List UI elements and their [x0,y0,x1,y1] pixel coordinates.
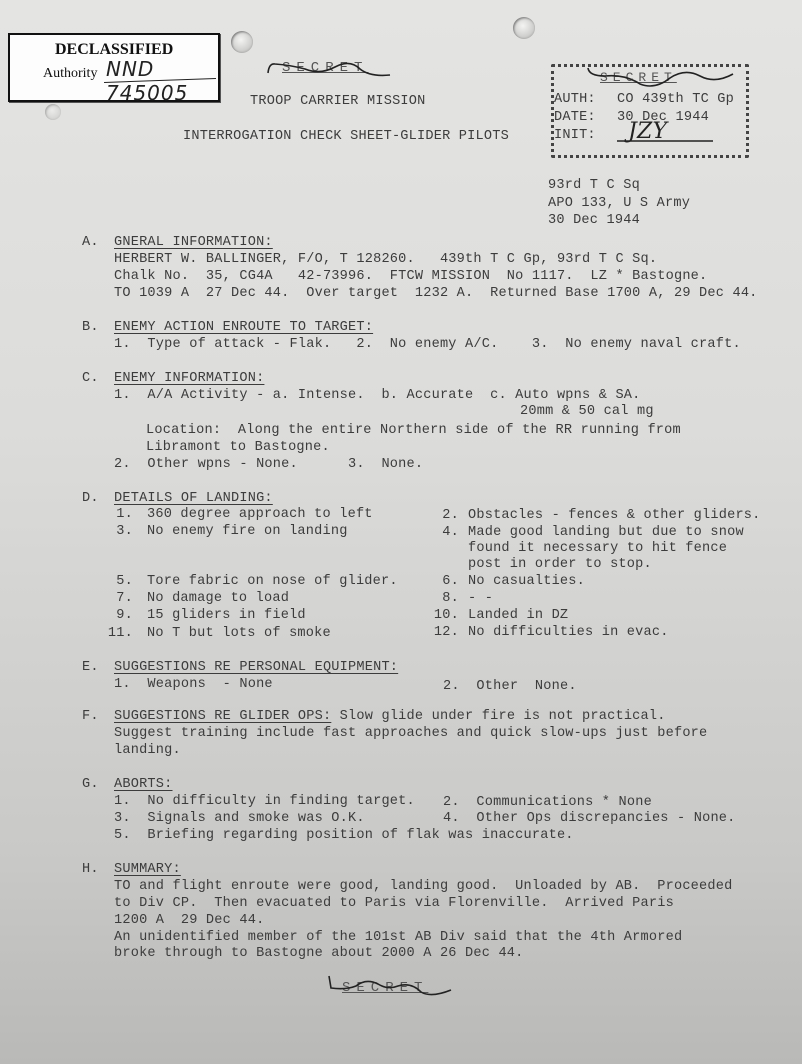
section-f-line-1: SUGGESTIONS RE GLIDER OPS: Slow glide un… [114,709,666,725]
section-h-line-1: TO and flight enroute were good, landing… [114,879,732,895]
landing-detail-text: No enemy fire on landing [147,524,348,540]
section-c-line-1: 1. A/A Activity - a. Intense. b. Accurat… [114,388,641,404]
landing-detail-number: 9. [116,608,133,624]
landing-detail-text: No difficulties in evac. [468,625,669,641]
classification-bottom: SECRET [342,980,428,996]
section-a-line-1: HERBERT W. BALLINGER, F/O, T 128260. 439… [114,252,657,268]
section-c-line-2: 20mm & 50 cal mg [520,404,654,420]
section-g-heading: ABORTS: [114,777,173,793]
landing-detail-number: 1. [116,507,133,523]
section-a-line-3: TO 1039 A 27 Dec 44. Over target 1232 A.… [114,286,758,302]
landing-detail-number: 4. [442,525,459,541]
section-h-line-4: An unidentified member of the 101st AB D… [114,930,682,946]
section-g-item-4: 4. Other Ops discrepancies - None. [443,811,736,827]
landing-detail-text: 360 degree approach to left [147,507,373,523]
landing-detail-number: 12. [434,625,459,641]
section-f-line-2: Suggest training include fast approaches… [114,726,707,742]
section-g-letter: G. [82,777,99,793]
init-label: INIT: [554,128,596,144]
landing-detail-number: 11. [108,626,133,642]
landing-detail-number: 2. [442,508,459,524]
landing-detail-number: 6. [442,574,459,590]
section-f-letter: F. [82,709,99,725]
landing-detail-text: Tore fabric on nose of glider. [147,574,398,590]
section-f-line-3: landing. [114,743,181,759]
classification-top: SECRET [282,60,368,76]
section-g-item-3: 3. Signals and smoke was O.K. [114,811,365,827]
landing-detail-text: - - [468,591,493,607]
section-d-letter: D. [82,491,99,507]
section-h-line-3: 1200 A 29 Dec 44. [114,913,264,929]
stamp-authority-label: Authority [43,66,97,82]
init-signature: JZY [628,124,667,140]
punch-hole-icon [45,104,61,120]
landing-detail-text: found it necessary to hit fence [468,541,727,557]
title-line-2: INTERROGATION CHECK SHEET-GLIDER PILOTS [183,129,509,145]
landing-detail-text: No casualties. [468,574,585,590]
section-a-line-2: Chalk No. 35, CG4A 42-73996. FTCW MISSIO… [114,269,707,285]
section-d-heading: DETAILS OF LANDING: [114,491,273,507]
landing-detail-text: 15 gliders in field [147,608,306,624]
section-e-item-1: 1. Weapons - None [114,677,273,693]
section-c-heading: ENEMY INFORMATION: [114,371,264,387]
landing-detail-text: No T but lots of smoke [147,626,331,642]
date-label: DATE: [554,110,596,126]
section-e-item-2: 2. Other None. [443,679,577,695]
section-e-heading: SUGGESTIONS RE PERSONAL EQUIPMENT: [114,660,398,676]
section-c-line-5: 2. Other wpns - None. 3. None. [114,457,423,473]
section-c-letter: C. [82,371,99,387]
declassified-stamp: DECLASSIFIED Authority NND 745005 [8,33,220,102]
landing-detail-text: Landed in DZ [468,608,568,624]
landing-detail-number: 7. [116,591,133,607]
title-line-1: TROOP CARRIER MISSION [250,94,426,110]
landing-detail-text: Obstacles - fences & other gliders. [468,508,761,524]
section-c-line-4: Libramont to Bastogne. [146,440,330,456]
unit-line-3: 30 Dec 1944 [548,213,640,229]
section-f-line-1-text: Slow glide under fire is not practical. [331,709,665,724]
section-b-line-1: 1. Type of attack - Flak. 2. No enemy A/… [114,337,741,353]
section-a-heading: GNERAL INFORMATION: [114,235,273,251]
classification-box-secret: SECRET [600,70,677,85]
auth-label: AUTH: [554,92,596,108]
section-b-heading: ENEMY ACTION ENROUTE TO TARGET: [114,320,373,336]
unit-line-1: 93rd T C Sq [548,178,640,194]
section-h-letter: H. [82,862,99,878]
unit-line-2: APO 133, U S Army [548,196,690,212]
section-h-heading: SUMMARY: [114,862,181,878]
landing-detail-text: No damage to load [147,591,289,607]
section-g-item-1: 1. No difficulty in finding target. [114,794,415,810]
section-f-heading: SUGGESTIONS RE GLIDER OPS: [114,709,331,724]
section-a-letter: A. [82,235,99,251]
landing-detail-number: 8. [442,591,459,607]
landing-detail-number: 10. [434,608,459,624]
section-h-line-5: broke through to Bastogne about 2000 A 2… [114,946,524,962]
section-h-line-2: to Div CP. Then evacuated to Paris via F… [114,896,674,912]
landing-detail-number: 5. [116,574,133,590]
section-c-line-3: Location: Along the entire Northern side… [146,423,681,439]
section-b-letter: B. [82,320,99,336]
landing-detail-text: Made good landing but due to snow [468,525,744,541]
punch-hole-icon [513,17,535,39]
section-g-item-2: 2. Communications * None [443,795,652,811]
section-g-item-5: 5. Briefing regarding position of flak w… [114,828,574,844]
landing-detail-text: post in order to stop. [468,557,652,573]
landing-detail-number: 3. [116,524,133,540]
auth-value: CO 439th TC Gp [617,92,734,108]
section-e-letter: E. [82,660,99,676]
punch-hole-icon [231,31,253,53]
